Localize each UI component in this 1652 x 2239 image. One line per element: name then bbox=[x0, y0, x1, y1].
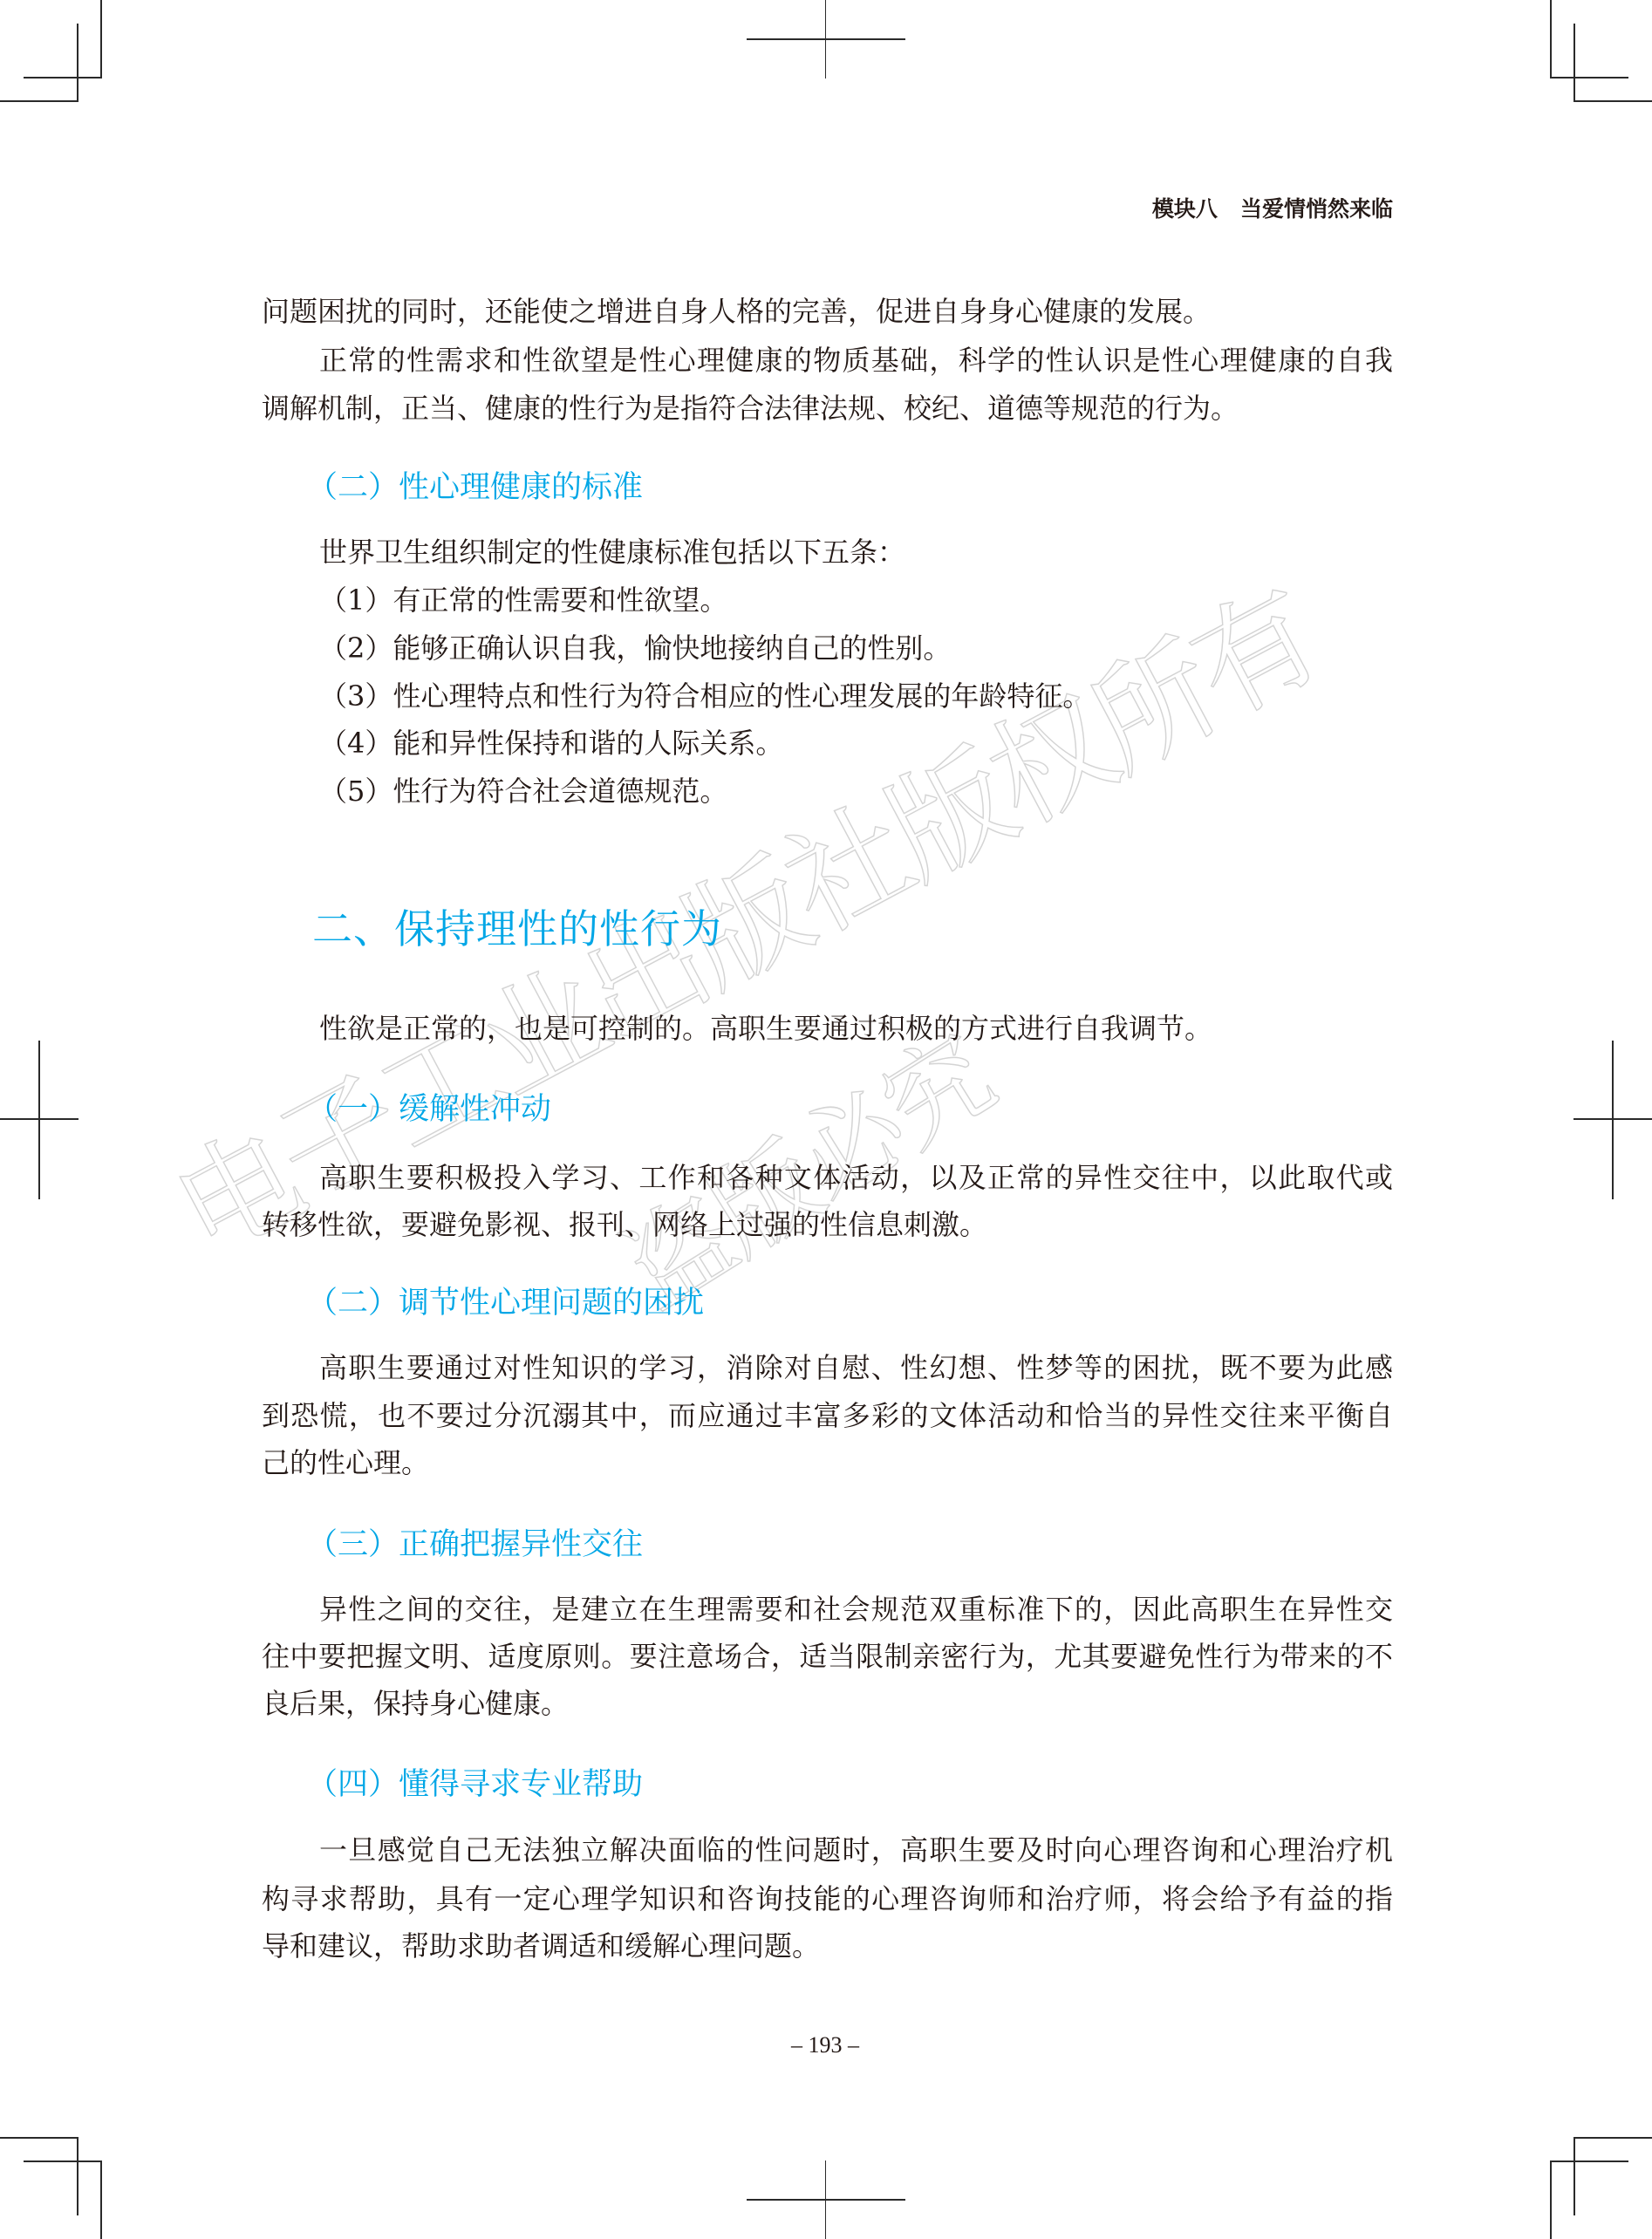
list-item: （3）性心理特点和性行为符合相应的性心理发展的年龄特征。 bbox=[319, 679, 1090, 713]
paragraph-line: 转移性欲，要避免影视、报刊、网络上过强的性信息刺激。 bbox=[262, 1207, 1393, 1242]
running-header-title: 模块八 当爱情悄然来临 bbox=[1047, 192, 1393, 223]
subsection-heading: （二）调节性心理问题的困扰 bbox=[307, 1282, 704, 1324]
subsection-heading: （二）性心理健康的标准 bbox=[307, 467, 643, 509]
book-page: 电子工业出版社版权所有 盗版必究 模块八 当爱情悄然来临 问题困扰的同时，还能使… bbox=[0, 0, 1652, 2239]
paragraph-line: 调解机制，正当、健康的性行为是指符合法律法规、校纪、道德等规范的行为。 bbox=[262, 391, 1393, 426]
section-heading: 二、保持理性的性行为 bbox=[312, 902, 722, 956]
paragraph-line: 往中要把握文明、适度原则。要注意场合，适当限制亲密行为，尤其要避免性行为带来的不 bbox=[262, 1639, 1393, 1674]
paragraph-line: 良后果，保持身心健康。 bbox=[262, 1686, 1393, 1721]
paragraph-line: 导和建议，帮助求助者调适和缓解心理问题。 bbox=[262, 1928, 1393, 1963]
crop-mark-line bbox=[100, 2160, 102, 2239]
crop-mark-line bbox=[1573, 2137, 1575, 2215]
crop-mark-line bbox=[1573, 100, 1652, 102]
crop-mark-line bbox=[24, 77, 102, 79]
crop-mark-line bbox=[1550, 0, 1552, 79]
crop-mark-line bbox=[1550, 2160, 1628, 2162]
paragraph-line: 正常的性需求和性欲望是性心理健康的物质基础，科学的性认识是性心理健康的自我 bbox=[319, 343, 1393, 378]
registration-mark-line bbox=[747, 2199, 905, 2201]
crop-mark-line bbox=[0, 100, 79, 102]
paragraph-line: 异性之间的交往，是建立在生理需要和社会规范双重标准下的，因此高职生在异性交 bbox=[319, 1592, 1393, 1627]
list-lead: 世界卫生组织制定的性健康标准包括以下五条： bbox=[319, 535, 905, 570]
paragraph-line: 高职生要积极投入学习、工作和各种文体活动，以及正常的异性交往中，以此取代或 bbox=[319, 1160, 1393, 1195]
crop-mark-line bbox=[1573, 2137, 1652, 2139]
subsection-heading: （四）懂得寻求专业帮助 bbox=[307, 1764, 643, 1806]
crop-mark-line bbox=[24, 2160, 102, 2162]
registration-mark-line bbox=[747, 38, 905, 40]
paragraph-line: 构寻求帮助，具有一定心理学知识和咨询技能的心理咨询师和治疗师，将会给予有益的指 bbox=[262, 1881, 1393, 1916]
paragraph-line: 己的性心理。 bbox=[262, 1445, 1393, 1480]
subsection-heading: （三）正确把握异性交往 bbox=[307, 1524, 643, 1566]
list-item: （4）能和异性保持和谐的人际关系。 bbox=[319, 726, 783, 761]
registration-mark-line bbox=[1612, 1041, 1614, 1199]
page-number: – 193 – bbox=[738, 2032, 912, 2058]
paragraph-line: 问题困扰的同时，还能使之增进自身人格的完善，促进自身身心健康的发展。 bbox=[262, 294, 1393, 329]
crop-mark-line bbox=[77, 24, 79, 102]
paragraph-line: 性欲是正常的，也是可控制的。高职生要通过积极的方式进行自我调节。 bbox=[319, 1011, 1212, 1046]
list-item: （2）能够正确认识自我，愉快地接纳自己的性别。 bbox=[319, 631, 951, 666]
crop-mark-line bbox=[0, 2137, 79, 2139]
list-item: （1）有正常的性需要和性欲望。 bbox=[319, 583, 727, 618]
registration-mark-line bbox=[38, 1041, 40, 1199]
paragraph-line: 到恐慌，也不要过分沉溺其中，而应通过丰富多彩的文体活动和恰当的异性交往来平衡自 bbox=[262, 1398, 1393, 1433]
crop-mark-line bbox=[77, 2137, 79, 2215]
crop-mark-line bbox=[1550, 77, 1628, 79]
paragraph-line: 高职生要通过对性知识的学习，消除对自慰、性幻想、性梦等的困扰，既不要为此感 bbox=[319, 1350, 1393, 1385]
crop-mark-line bbox=[1550, 2160, 1552, 2239]
subsection-heading: （一）缓解性冲动 bbox=[307, 1089, 551, 1130]
list-item: （5）性行为符合社会道德规范。 bbox=[319, 774, 727, 809]
crop-mark-line bbox=[100, 0, 102, 79]
registration-mark-line bbox=[0, 1118, 79, 1120]
paragraph-line: 一旦感觉自己无法独立解决面临的性问题时，高职生要及时向心理咨询和心理治疗机 bbox=[319, 1833, 1393, 1867]
crop-mark-line bbox=[1573, 24, 1575, 102]
registration-mark-line bbox=[1573, 1118, 1652, 1120]
